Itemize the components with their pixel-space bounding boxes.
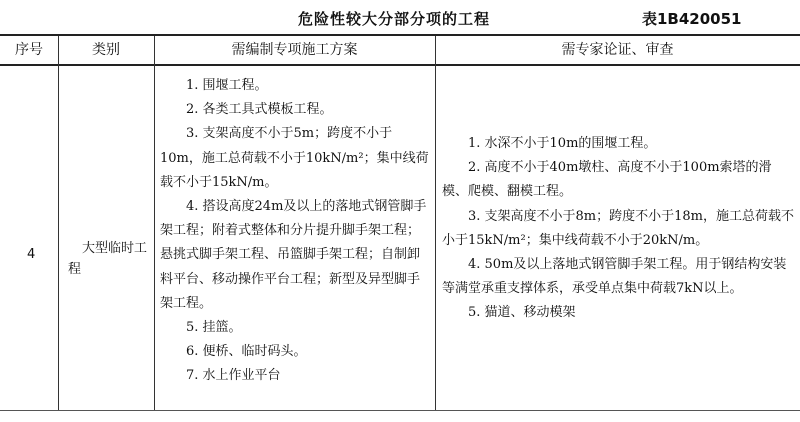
plan-item: 1. 围堰工程。 — [160, 74, 430, 98]
plan-item: 6. 便桥、临时码头。 — [160, 340, 430, 364]
column-header-special-plan: 需编制专项施工方案 — [154, 36, 435, 64]
expert-item: 4. 50m及以上落地式钢管脚手架工程。用于钢结构安装等满堂承重支撑体系，承受单… — [442, 253, 794, 301]
special-plan-cell: 1. 围堰工程。 2. 各类工具式模板工程。 3. 支架高度不小于5m；跨度不小… — [160, 74, 430, 389]
row-number: 4 — [27, 247, 35, 262]
document-title: 危险性较大分部分项的工程 — [298, 8, 490, 29]
header-bottom-rule — [0, 64, 800, 66]
plan-item: 2. 各类工具式模板工程。 — [160, 98, 430, 122]
table-bottom-rule — [0, 410, 800, 411]
column-header-index: 序号 — [0, 36, 58, 64]
column-divider — [154, 36, 155, 410]
column-divider — [58, 36, 59, 410]
column-header-category: 类别 — [58, 36, 154, 64]
plan-item: 7. 水上作业平台 — [160, 364, 430, 388]
table-number: 表1B420051 — [642, 8, 742, 29]
expert-item: 1. 水深不小于10m的围堰工程。 — [442, 132, 794, 156]
row-category: 大型临时工程 — [68, 238, 154, 280]
plan-item: 3. 支架高度不小于5m；跨度不小于10m，施工总荷载不小于10kN/m²；集中… — [160, 122, 430, 195]
expert-item: 5. 猫道、移动模架 — [442, 301, 794, 325]
expert-review-cell: 1. 水深不小于10m的围堰工程。 2. 高度不小于40m墩柱、高度不小于100… — [442, 132, 794, 326]
expert-item: 2. 高度不小于40m墩柱、高度不小于100m索塔的滑模、爬模、翻模工程。 — [442, 156, 794, 204]
plan-item: 5. 挂篮。 — [160, 316, 430, 340]
expert-item: 3. 支架高度不小于8m；跨度不小于18m，施工总荷载不小于15kN/m²；集中… — [442, 205, 794, 253]
plan-item: 4. 搭设高度24m及以上的落地式钢管脚手架工程；附着式整体和分片提升脚手架工程… — [160, 195, 430, 316]
column-header-expert-review: 需专家论证、审查 — [435, 36, 800, 64]
column-divider — [435, 36, 436, 410]
